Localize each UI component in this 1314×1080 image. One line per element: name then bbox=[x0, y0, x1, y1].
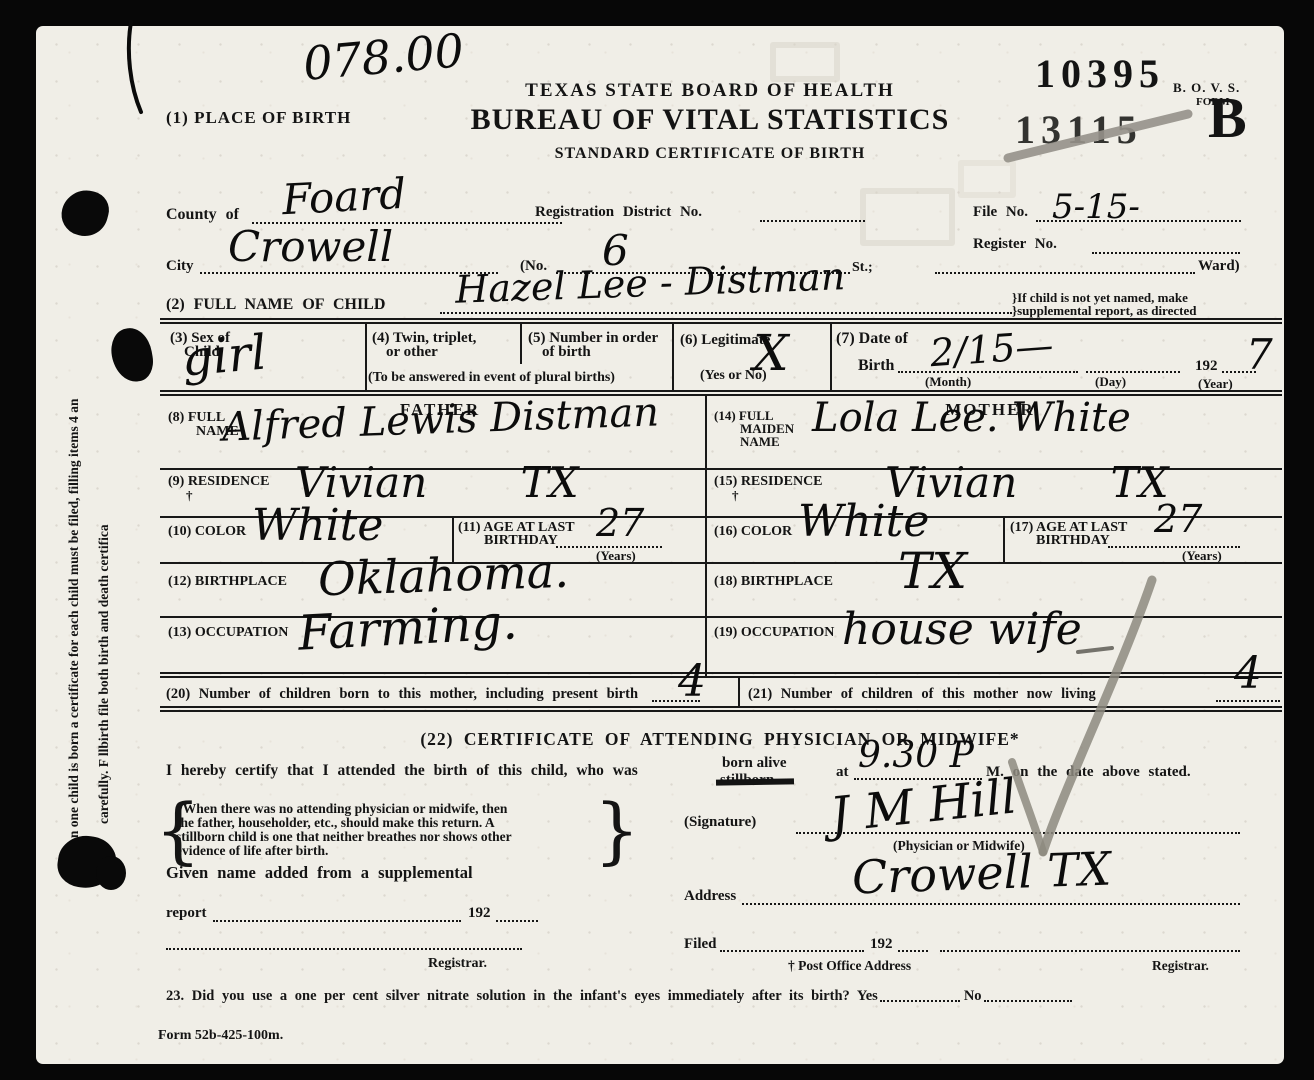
question-23-yes-line bbox=[880, 1000, 960, 1002]
divider bbox=[160, 390, 1282, 392]
bleed-through-artifact bbox=[860, 188, 955, 246]
divider bbox=[160, 710, 1282, 712]
father-color-label: (10) COLOR bbox=[168, 524, 246, 540]
father-color-value: White bbox=[252, 504, 383, 548]
unnamed-note-line2: }supplemental report, as directed bbox=[1012, 303, 1196, 319]
city-value: Crowell bbox=[228, 226, 393, 268]
street-label: St.; bbox=[852, 260, 873, 276]
certificate-subtitle: STANDARD CERTIFICATE OF BIRTH bbox=[430, 145, 990, 163]
twin-label2: or other bbox=[386, 344, 438, 361]
month-label: (Month) bbox=[925, 374, 971, 390]
registrar-right-label: Registrar. bbox=[1152, 958, 1209, 974]
filed-line bbox=[720, 950, 864, 952]
child-name-label: (2) FULL NAME OF CHILD bbox=[166, 296, 385, 314]
order-label2: of birth bbox=[542, 344, 591, 361]
struck-number-stamp: 13115 bbox=[1015, 106, 1143, 153]
address-value: Crowell TX bbox=[851, 845, 1111, 900]
county-value: Foard bbox=[281, 173, 407, 221]
grid-line bbox=[365, 324, 367, 390]
certificate-title: (22) CERTIFICATE OF ATTENDING PHYSICIAN … bbox=[300, 729, 1140, 750]
bureau-title: BUREAU OF VITAL STATISTICS bbox=[380, 103, 1040, 137]
year-value: 7 bbox=[1246, 334, 1273, 376]
grid-line bbox=[672, 324, 674, 390]
mother-birthplace-label: (18) BIRTHPLACE bbox=[714, 574, 833, 590]
divider bbox=[160, 672, 1282, 674]
ward-line bbox=[935, 272, 1195, 274]
year-prefix: 192 bbox=[1195, 358, 1218, 375]
born-alive-label: born alive bbox=[722, 755, 787, 772]
father-birthplace-value: Oklahoma. bbox=[317, 548, 569, 603]
mother-age-value: 27 bbox=[1154, 500, 1202, 538]
question-23-text: 23. Did you use a one per cent silver ni… bbox=[166, 988, 878, 1005]
physician-note-line4: evidence of life after birth. bbox=[176, 843, 328, 859]
place-of-birth-label: (1) PLACE OF BIRTH bbox=[166, 108, 351, 128]
father-age-value: 27 bbox=[596, 504, 644, 542]
address-label: Address bbox=[684, 888, 736, 905]
mother-occupation-value: house wife bbox=[842, 608, 1082, 652]
mother-color-value: White bbox=[798, 500, 929, 544]
mother-residence-dagger: † bbox=[732, 488, 739, 504]
plural-note: (To be answered in event of plural birth… bbox=[368, 370, 615, 386]
margin-instruction-line1: re than one child is born a certificate … bbox=[66, 399, 82, 872]
children-living-label: (21) Number of children of this mother n… bbox=[748, 686, 1096, 703]
question-23-no-line bbox=[984, 1000, 1072, 1002]
form-letter-b: B bbox=[1208, 84, 1247, 151]
mother-birthplace-value: TX bbox=[898, 546, 967, 596]
mother-name-label3: NAME bbox=[740, 434, 780, 450]
question-23-row: 23. Did you use a one per cent silver ni… bbox=[166, 988, 1072, 1005]
ward-label: Ward) bbox=[1198, 258, 1240, 275]
filed-year-line bbox=[898, 950, 928, 952]
dob-label2: Birth bbox=[858, 357, 894, 375]
dob-day-line bbox=[1086, 371, 1180, 373]
grid-line bbox=[520, 324, 522, 364]
children-born-value: 4 bbox=[678, 660, 706, 704]
filed-year-prefix: 192 bbox=[870, 936, 893, 953]
filed-registrar-line bbox=[940, 950, 1240, 952]
grid-line bbox=[830, 324, 832, 390]
post-office-label: † Post Office Address bbox=[788, 958, 911, 974]
supplemental-line1: Given name added from a supplemental bbox=[166, 863, 473, 883]
board-title: TEXAS STATE BOARD OF HEALTH bbox=[430, 80, 990, 102]
city-line bbox=[200, 272, 498, 274]
father-occupation-label: (13) OCCUPATION bbox=[168, 625, 288, 641]
file-no-label: File No. bbox=[973, 204, 1028, 221]
file-no-value: 5-15- bbox=[1052, 190, 1140, 224]
grid-line bbox=[738, 678, 740, 706]
mother-residence-label: (15) RESIDENCE bbox=[714, 474, 823, 490]
form-number: Form 52b-425-100m. bbox=[158, 1028, 283, 1044]
report-line bbox=[213, 920, 461, 922]
father-residence-label: (9) RESIDENCE bbox=[168, 474, 270, 490]
divider bbox=[160, 706, 1282, 708]
father-residence-dagger: † bbox=[186, 488, 193, 504]
father-birthplace-label: (12) BIRTHPLACE bbox=[168, 574, 287, 590]
certify-text: I hereby certify that I attended the bir… bbox=[166, 762, 638, 780]
form-word: FORM bbox=[1196, 97, 1207, 107]
parent-divider bbox=[705, 394, 707, 676]
time-suffix: M. on the date above stated. bbox=[986, 764, 1191, 781]
divider bbox=[160, 318, 1282, 320]
register-no-line bbox=[1092, 252, 1240, 254]
children-born-label: (20) Number of children born to this mot… bbox=[166, 686, 638, 703]
legitimate-x-mark: X bbox=[753, 328, 789, 378]
district-label: Registration District No. bbox=[535, 204, 702, 221]
children-living-value: 4 bbox=[1234, 652, 1262, 696]
sex-value: girl bbox=[180, 328, 268, 383]
handwritten-amount: 078.00 bbox=[301, 27, 465, 87]
dob-label: (7) Date of bbox=[836, 330, 908, 348]
bleed-through-artifact bbox=[958, 160, 1016, 198]
at-label: at bbox=[836, 764, 849, 781]
father-residence-value: Vivian TX bbox=[295, 462, 579, 504]
district-line bbox=[760, 220, 865, 222]
register-no-label: Register No. bbox=[973, 236, 1057, 253]
report-label: report bbox=[166, 905, 207, 922]
mother-occupation-label: (19) OCCUPATION bbox=[714, 625, 834, 641]
margin-instruction-line2: carefully. F llbirth file both birth and… bbox=[96, 524, 112, 824]
signature-label: (Signature) bbox=[684, 814, 756, 831]
form-word-vertical: FORM bbox=[1196, 97, 1208, 107]
child-name-line bbox=[440, 312, 1012, 314]
question-23-no-label: No bbox=[964, 988, 982, 1005]
time-value: 9.30 P bbox=[858, 738, 974, 774]
brace-close: } bbox=[594, 800, 640, 860]
father-occupation-value: Farming. bbox=[297, 598, 519, 657]
day-label: (Day) bbox=[1095, 374, 1126, 390]
mother-age-label2: BIRTHDAY bbox=[1036, 533, 1110, 549]
divider bbox=[160, 322, 1282, 324]
mother-color-label: (16) COLOR bbox=[714, 524, 792, 540]
ink-blob bbox=[96, 856, 126, 890]
divider bbox=[160, 676, 1282, 678]
report-year-prefix: 192 bbox=[468, 905, 491, 922]
registrar-left-label: Registrar. bbox=[428, 956, 487, 972]
address-line bbox=[742, 903, 1240, 905]
filed-label: Filed bbox=[684, 936, 717, 953]
grid-line bbox=[1003, 516, 1005, 562]
certificate-number-stamp: 10395 bbox=[1035, 50, 1165, 97]
mother-name-value: Lola Lee. White bbox=[812, 398, 1131, 438]
city-label: City bbox=[166, 258, 194, 275]
report-year-line bbox=[496, 920, 538, 922]
children-living-line bbox=[1216, 700, 1280, 702]
scanned-birth-certificate: { "margin": { "line1": "re than one chil… bbox=[0, 0, 1314, 1080]
bleed-through-artifact bbox=[770, 42, 840, 82]
registrar-left-line bbox=[166, 948, 522, 950]
dob-value: 2/15— bbox=[929, 326, 1055, 373]
